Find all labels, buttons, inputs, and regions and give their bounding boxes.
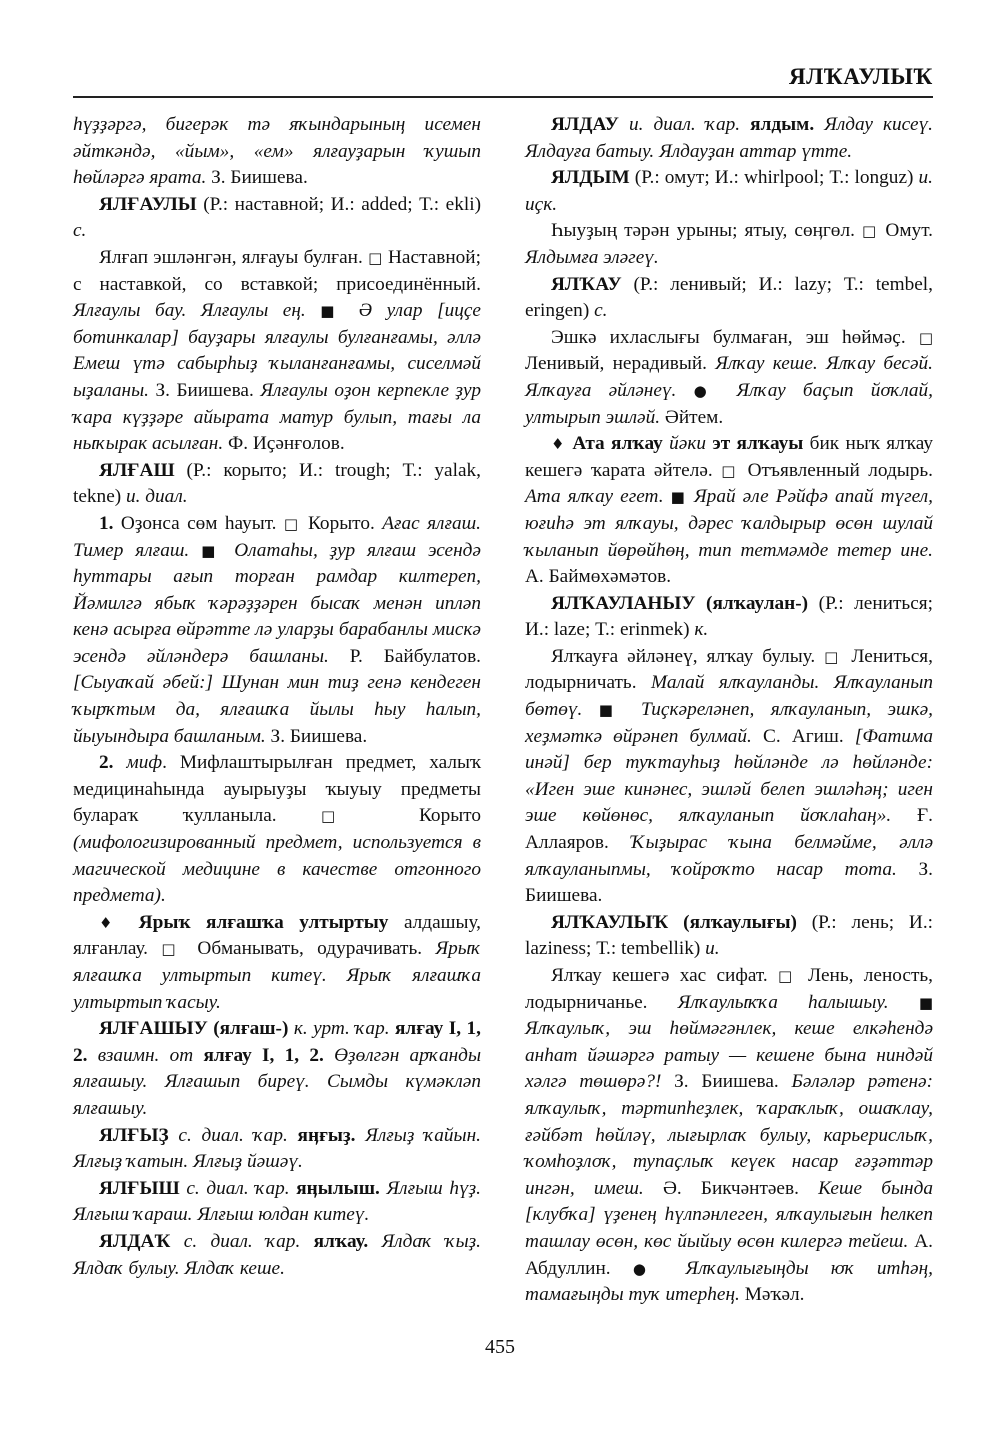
- italic-text: Ялҡаулыҡҡа һалышыу.: [678, 992, 919, 1013]
- entry-paragraph: ЯЛҠАУЛАНЫУ (ялҡаулан-) (Р.: лениться; И.…: [525, 591, 933, 644]
- symbol-icon: ●: [633, 1260, 664, 1278]
- symbol-icon: ●: [694, 382, 720, 400]
- text: С. Агиш.: [752, 726, 855, 747]
- entry-paragraph: Эшкә ихласлығы булмаған, эш һөймәҫ. □ Ле…: [525, 325, 933, 431]
- italic-text: взаимн. от: [87, 1045, 203, 1066]
- symbol-icon: □: [824, 648, 842, 666]
- entry-paragraph: 2. миф. Мифлаштырылған предмет, халыҡ ме…: [73, 750, 481, 910]
- entry-paragraph: ЯЛҒЫҘ с. диал. ҡар. яӊғыҙ. Ялғыҙ ҡайын. …: [73, 1123, 481, 1176]
- italic-text: к. урт. ҡар.: [288, 1018, 395, 1039]
- headword: ЯЛҒАУЛЫ: [99, 194, 197, 215]
- entry-paragraph: ЯЛҒАШЫУ (ялғаш-) к. урт. ҡар. ялғау I, 1…: [73, 1016, 481, 1122]
- symbol-icon: ■: [671, 488, 687, 506]
- right-column: ЯЛДАУ и. диал. ҡар. ялдым. Ялдау кисеү. …: [525, 112, 933, 1309]
- text: Мәҡәл.: [740, 1284, 805, 1305]
- entry-paragraph: ЯЛҒЫШ с. диал. ҡар. яӊылыш. Ялғыш һүҙ. Я…: [73, 1176, 481, 1229]
- italic-text: миф: [113, 752, 162, 773]
- entry-paragraph: ЯЛҒАШ (Р.: корыто; И.: trough; Т.: yalak…: [73, 458, 481, 511]
- headword: ЯЛҠАУ: [551, 274, 622, 295]
- text: Ялғап эшләнгән, ялғауы булған.: [99, 247, 368, 268]
- bold-text: 2.: [99, 752, 113, 773]
- italic-text: и. диал.: [126, 486, 188, 507]
- symbol-icon: □: [161, 940, 184, 958]
- italic-text: Ата ялҡау егет.: [525, 486, 671, 507]
- symbol-icon: □: [862, 222, 878, 240]
- italic-text: с.: [594, 300, 607, 321]
- entry-paragraph: ЯЛДАҠ с. диал. ҡар. ялҡау. Ялдаҡ ҡыҙ. Ял…: [73, 1229, 481, 1282]
- bold-text: эт ялҡауы: [712, 433, 803, 454]
- headword: ЯЛДАҠ: [99, 1231, 170, 1252]
- headword: ЯЛДЫМ: [551, 167, 630, 188]
- entry-paragraph: Һыуҙың тәрән урыны; ятыу, сөӊгөл. □ Омут…: [525, 218, 933, 271]
- text: Һыуҙың тәрән урыны; ятыу, сөӊгөл.: [551, 220, 862, 241]
- italic-text: с. диал. ҡар.: [169, 1125, 298, 1146]
- headword: ЯЛҒАШ: [99, 460, 175, 481]
- headword: ЯЛҒЫШ: [99, 1178, 180, 1199]
- text: Корыто: [375, 805, 481, 826]
- text: З. Биишева.: [206, 167, 307, 188]
- entry-paragraph: ЯЛҒАУЛЫ (Р.: наставной; И.: added; Т.: e…: [73, 192, 481, 245]
- running-head: ЯЛҠАУЛЫҠ: [789, 64, 933, 90]
- italic-text: и.: [705, 938, 719, 959]
- text: Әйтем.: [660, 407, 723, 428]
- bold-text: ялғау I, 1, 2.: [203, 1045, 323, 1066]
- text: Эшкә ихласлығы булмаған, эш һөймәҫ.: [551, 327, 919, 348]
- text: Отъявленный лодырь.: [739, 460, 933, 481]
- left-column: һүҙҙәргә, бигерәк тә яҡындарының исемен …: [73, 112, 481, 1309]
- text: Ялҡауға әйләнеү, ялҡау булыу.: [551, 646, 824, 667]
- bold-text: яӊғыҙ.: [298, 1125, 356, 1146]
- page-header: ЯЛҠАУЛЫҠ: [73, 62, 933, 98]
- italic-text: Ялдымға эләгеү.: [525, 247, 659, 268]
- headword: ЯЛҠАУЛЫҠ (ялҡаулығы): [551, 912, 797, 933]
- text: З. Биишева.: [149, 380, 260, 401]
- symbol-icon: □: [368, 249, 383, 267]
- entry-paragraph: ЯЛДЫМ (Р.: омут; И.: whirlpool; Т.: long…: [525, 165, 933, 218]
- page-number: 455: [0, 1336, 1000, 1359]
- entry-paragraph: һүҙҙәргә, бигерәк тә яҡындарының исемен …: [73, 112, 481, 192]
- text: А. Баймөхәмәтов.: [525, 566, 671, 587]
- text: З. Биишева.: [266, 726, 367, 747]
- entry-paragraph: ♦ Ярыҡ ялғашҡа ултыртыу алдашыу, ялғанла…: [73, 910, 481, 1016]
- dictionary-columns: һүҙҙәргә, бигерәк тә яҡындарының исемен …: [73, 112, 933, 1309]
- bold-text: ялҡау.: [314, 1231, 369, 1252]
- entry-paragraph: Ялғап эшләнгән, ялғауы булған. □ Наставн…: [73, 245, 481, 458]
- entry-paragraph: ♦ Ата ялҡау йәки эт ялҡауы бик ныҡ ялҡау…: [525, 431, 933, 591]
- text: Омут.: [878, 220, 933, 241]
- symbol-icon: □: [321, 807, 375, 825]
- symbol-icon: □: [284, 515, 301, 533]
- text: Ә. Бикчәнтәев.: [644, 1178, 818, 1199]
- symbol-icon: ■: [599, 701, 625, 719]
- bold-text: Ата ялҡау: [566, 433, 663, 454]
- entry-paragraph: Ялҡау кешегә хас сифат. □ Лень, леность,…: [525, 963, 933, 1309]
- symbol-icon: □: [778, 967, 798, 985]
- bold-text: Ярыҡ ялғашҡа ултыртыу: [123, 912, 388, 933]
- entry-paragraph: 1. Оҙонса сөм һауыт. □ Корыто. Ағас ялға…: [73, 511, 481, 750]
- italic-text: Ялғаулы бау. Ялғаулы еӊ.: [73, 300, 320, 321]
- headword: ЯЛҒАШЫУ (ялғаш-): [99, 1018, 288, 1039]
- symbol-icon: ■: [919, 994, 933, 1012]
- text: Ф. Иҫәнғолов.: [223, 433, 345, 454]
- italic-text: йәки: [663, 433, 713, 454]
- italic-text: и. диал. ҡар.: [619, 114, 750, 135]
- symbol-icon: ■: [320, 302, 344, 320]
- symbol-icon: ♦: [551, 435, 566, 453]
- entry-paragraph: ЯЛДАУ и. диал. ҡар. ялдым. Ялдау кисеү. …: [525, 112, 933, 165]
- headword: ЯЛҠАУЛАНЫУ (ялҡаулан-): [551, 593, 808, 614]
- symbol-icon: □: [721, 462, 739, 480]
- bold-text: ялдым.: [750, 114, 814, 135]
- headword: ЯЛҒЫҘ: [99, 1125, 169, 1146]
- text: Р. Байбулатов.: [329, 646, 481, 667]
- headword: ЯЛДАУ: [551, 114, 619, 135]
- text: Корыто.: [301, 513, 383, 534]
- bold-text: 1.: [99, 513, 113, 534]
- text: Оҙонса сөм һауыт.: [113, 513, 283, 534]
- bold-text: яӊылыш.: [296, 1178, 380, 1199]
- text: Ялҡау кешегә хас сифат.: [551, 965, 778, 986]
- text: З. Биишева.: [661, 1071, 791, 1092]
- text: (Р.: наставной; И.: added; Т.: ekli): [197, 194, 481, 215]
- entry-paragraph: ЯЛҠАУ (Р.: ленивый; И.: lazy; Т.: tembel…: [525, 272, 933, 325]
- text: Ленивый, нерадивый.: [525, 353, 715, 374]
- symbol-icon: ♦: [99, 914, 123, 932]
- entry-paragraph: Ялҡауға әйләнеү, ялҡау булыу. □ Лениться…: [525, 644, 933, 910]
- symbol-icon: ■: [201, 542, 222, 560]
- text: Обманывать, одурачивать.: [184, 938, 435, 959]
- italic-text: с. диал. ҡар.: [170, 1231, 313, 1252]
- entry-paragraph: ЯЛҠАУЛЫҠ (ялҡаулығы) (Р.: лень; И.: lazi…: [525, 910, 933, 963]
- italic-text: с.: [73, 220, 86, 241]
- italic-text: к.: [694, 619, 708, 640]
- italic-text: (мифологизированный предмет, используетс…: [73, 832, 481, 906]
- text: (Р.: омут; И.: whirlpool; Т.: longuz): [630, 167, 919, 188]
- symbol-icon: □: [919, 329, 933, 347]
- italic-text: с. диал. ҡар.: [180, 1178, 297, 1199]
